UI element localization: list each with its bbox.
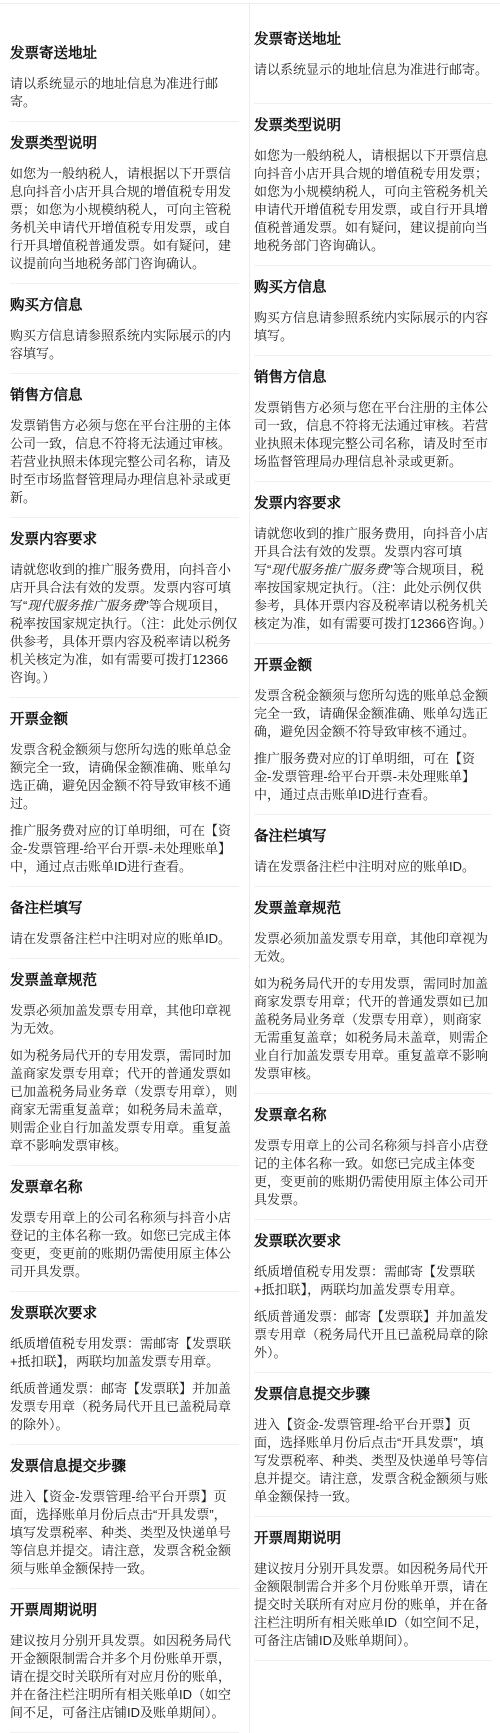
section-paragraph: 请在发票备注栏中注明对应的账单ID。 — [254, 858, 492, 876]
section-mailing-address: 发票寄送地址请以系统显示的地址信息为准进行邮寄。 — [254, 4, 492, 104]
text-run: 纸质普通发票：邮寄【发票联】并加盖发票专用章（税务局代开且已盖税局章的除外）。 — [10, 1381, 231, 1432]
text-run: 发票专用章上的公司名称须与抖音小店登记的主体名称一致。如您已完成主体变更，变更前… — [254, 1138, 488, 1207]
section-heading-remarks-field: 备注栏填写 — [254, 827, 492, 847]
section-heading-submission-steps: 发票信息提交步骤 — [10, 1457, 239, 1477]
section-paragraph: 纸质普通发票：邮寄【发票联】并加盖发票专用章（税务局代开且已盖税局章的除外）。 — [254, 1308, 492, 1362]
section-invoice-type: 发票类型说明如您为一般纳税人，请根据以下开票信息向抖音小店开具合规的增值税专用发… — [10, 122, 239, 284]
section-paragraph: 纸质普通发票：邮寄【发票联】并加盖发票专用章（税务局代开且已盖税局章的除外）。 — [10, 1380, 239, 1434]
section-paragraph: 建议按月分别开具发票。如因税务局代开金额限制需合并多个月份账单开票，请在提交时关… — [10, 1632, 239, 1722]
text-run: 进入【资金-发票管理-给平台开票】页面，选择账单月份后点击“开具发票”，填写发票… — [254, 1417, 488, 1504]
section-stamp-name: 发票章名称发票专用章上的公司名称须与抖音小店登记的主体名称一致。如您已完成主体变… — [10, 1166, 239, 1292]
section-stamp-rules: 发票盖章规范发票必须加盖发票专用章，其他印章视为无效。如为税务局代开的专用发票，… — [254, 887, 492, 1094]
section-heading-seller-info: 销售方信息 — [254, 368, 492, 388]
section-heading-invoice-amount: 开票金额 — [254, 656, 492, 676]
section-seller-info: 销售方信息发票销售方必须与您在平台注册的主体公司一致，信息不符将无法通过审核。若… — [10, 374, 239, 518]
section-paragraph: 发票含税金额须与您所勾选的账单总金额完全一致，请确保金额准确、账单勾选正确，避免… — [10, 741, 239, 813]
text-run: 发票销售方必须与您在平台注册的主体公司一致，信息不符将无法通过审核。若营业执照未… — [254, 400, 488, 469]
section-invoice-amount: 开票金额发票含税金额须与您所勾选的账单总金额完全一致，请确保金额准确、账单勾选正… — [10, 698, 239, 887]
two-column-document: 发票寄送地址请以系统显示的地址信息为准进行邮寄。发票类型说明如您为一般纳税人，请… — [0, 3, 500, 1733]
section-paragraph: 请就您收到的推广服务费用，向抖音小店开具合法有效的发票。发票内容可填写“现代服务… — [254, 525, 492, 633]
section-paragraph: 请就您收到的推广服务费用，向抖音小店开具合法有效的发票。发票内容可填写“现代服务… — [10, 561, 239, 687]
text-run: 推广服务费对应的订单明细，可在【资金-发票管理-给平台开票-未处理账单】中，通过… — [10, 823, 231, 874]
text-run: 如您为一般纳税人，请根据以下开票信息向抖音小店开具合规的增值税专用发票；如您为小… — [254, 148, 488, 253]
text-run: 请在发票备注栏中注明对应的账单ID。 — [254, 859, 475, 874]
section-paragraph: 建议按月分别开具发票。如因税务局代开金额限制需合并多个月份账单开票，请在提交时关… — [254, 1560, 492, 1650]
section-heading-buyer-info: 购买方信息 — [10, 296, 239, 316]
section-remarks-field: 备注栏填写请在发票备注栏中注明对应的账单ID。 — [10, 887, 239, 959]
section-heading-copies-requirement: 发票联次要求 — [254, 1232, 492, 1252]
section-invoice-amount: 开票金额发票含税金额须与您所勾选的账单总金额完全一致，请确保金额准确、账单勾选正… — [254, 644, 492, 815]
text-run: 发票销售方必须与您在平台注册的主体公司一致，信息不符将无法通过审核。若营业执照未… — [10, 418, 231, 505]
section-paragraph: 如为税务局代开的专用发票，需同时加盖商家发票专用章；代开的普通发票如已加盖税务局… — [10, 1047, 239, 1155]
section-paragraph: 请以系统显示的地址信息为准进行邮寄。 — [10, 75, 239, 111]
section-paragraph: 发票专用章上的公司名称须与抖音小店登记的主体名称一致。如您已完成主体变更，变更前… — [254, 1137, 492, 1209]
text-run: 发票含税金额须与您所勾选的账单总金额完全一致，请确保金额准确、账单勾选正确，避免… — [10, 742, 231, 811]
section-heading-billing-cycle: 开票周期说明 — [10, 1601, 239, 1621]
section-paragraph: 纸质增值税专用发票：需邮寄【发票联+抵扣联】，两联均加盖发票专用章。 — [10, 1335, 239, 1371]
left-column: 发票寄送地址请以系统显示的地址信息为准进行邮寄。发票类型说明如您为一般纳税人，请… — [0, 4, 250, 1733]
section-heading-stamp-name: 发票章名称 — [10, 1178, 239, 1198]
section-heading-stamp-rules: 发票盖章规范 — [254, 899, 492, 919]
section-heading-copies-requirement: 发票联次要求 — [10, 1304, 239, 1324]
text-run: 纸质普通发票：邮寄【发票联】并加盖发票专用章（税务局代开且已盖税局章的除外）。 — [254, 1309, 488, 1360]
section-paragraph: 如您为一般纳税人，请根据以下开票信息向抖音小店开具合规的增值税专用发票；如您为小… — [10, 165, 239, 273]
section-copies-requirement: 发票联次要求纸质增值税专用发票：需邮寄【发票联+抵扣联】，两联均加盖发票专用章。… — [254, 1220, 492, 1373]
section-paragraph: 请在发票备注栏中注明对应的账单ID。 — [10, 930, 239, 948]
italic-term: 现代服务推广服务费 — [27, 598, 144, 613]
section-mailing-address: 发票寄送地址请以系统显示的地址信息为准进行邮寄。 — [10, 4, 239, 122]
section-heading-invoice-type: 发票类型说明 — [10, 134, 239, 154]
section-invoice-content: 发票内容要求请就您收到的推广服务费用，向抖音小店开具合法有效的发票。发票内容可填… — [10, 518, 239, 698]
section-heading-invoice-content: 发票内容要求 — [10, 530, 239, 550]
section-paragraph: 发票销售方必须与您在平台注册的主体公司一致，信息不符将无法通过审核。若营业执照未… — [254, 399, 492, 471]
section-seller-info: 销售方信息发票销售方必须与您在平台注册的主体公司一致，信息不符将无法通过审核。若… — [254, 356, 492, 482]
section-paragraph: 进入【资金-发票管理-给平台开票】页面，选择账单月份后点击“开具发票”，填写发票… — [254, 1416, 492, 1506]
section-invoice-type: 发票类型说明如您为一般纳税人，请根据以下开票信息向抖音小店开具合规的增值税专用发… — [254, 104, 492, 266]
section-invoice-content: 发票内容要求请就您收到的推广服务费用，向抖音小店开具合法有效的发票。发票内容可填… — [254, 482, 492, 644]
section-paragraph: 请以系统显示的地址信息为准进行邮寄。 — [254, 61, 492, 79]
text-run: 发票必须加盖发票专用章，其他印章视为无效。 — [10, 1003, 231, 1036]
section-heading-stamp-name: 发票章名称 — [254, 1106, 492, 1126]
section-billing-cycle: 开票周期说明建议按月分别开具发票。如因税务局代开金额限制需合并多个月份账单开票，… — [254, 1517, 492, 1661]
section-heading-mailing-address: 发票寄送地址 — [254, 30, 492, 50]
section-heading-invoice-content: 发票内容要求 — [254, 494, 492, 514]
section-heading-buyer-info: 购买方信息 — [254, 278, 492, 298]
text-run: 如为税务局代开的专用发票，需同时加盖商家发票专用章；代开的普通发票如已加盖税务局… — [254, 976, 488, 1081]
text-run: 推广服务费对应的订单明细，可在【资金-发票管理-给平台开票-未处理账单】中，通过… — [254, 751, 475, 802]
section-paragraph: 发票专用章上的公司名称须与抖音小店登记的主体名称一致。如您已完成主体变更，变更前… — [10, 1209, 239, 1281]
section-heading-submission-steps: 发票信息提交步骤 — [254, 1385, 492, 1405]
text-run: 购买方信息请参照系统内实际展示的内容填写。 — [10, 328, 231, 361]
section-paragraph: 发票必须加盖发票专用章，其他印章视为无效。 — [10, 1002, 239, 1038]
section-buyer-info: 购买方信息购买方信息请参照系统内实际展示的内容填写。 — [10, 284, 239, 374]
section-buyer-info: 购买方信息购买方信息请参照系统内实际展示的内容填写。 — [254, 266, 492, 356]
section-submission-steps: 发票信息提交步骤进入【资金-发票管理-给平台开票】页面，选择账单月份后点击“开具… — [254, 1373, 492, 1517]
text-run: 发票含税金额须与您所勾选的账单总金额完全一致，请确保金额准确、账单勾选正确，避免… — [254, 688, 488, 739]
section-paragraph: 发票销售方必须与您在平台注册的主体公司一致，信息不符将无法通过审核。若营业执照未… — [10, 417, 239, 507]
text-run: 如您为一般纳税人，请根据以下开票信息向抖音小店开具合规的增值税专用发票；如您为小… — [10, 166, 231, 271]
text-run: 纸质增值税专用发票：需邮寄【发票联+抵扣联】，两联均加盖发票专用章。 — [10, 1336, 231, 1369]
section-paragraph: 进入【资金-发票管理-给平台开票】页面，选择账单月份后点击“开具发票”，填写发票… — [10, 1488, 239, 1578]
section-billing-cycle: 开票周期说明建议按月分别开具发票。如因税务局代开金额限制需合并多个月份账单开票，… — [10, 1589, 239, 1733]
text-run: 请以系统显示的地址信息为准进行邮寄。 — [10, 76, 218, 109]
section-heading-stamp-rules: 发票盖章规范 — [10, 971, 239, 991]
text-run: 请以系统显示的地址信息为准进行邮寄。 — [254, 62, 488, 77]
section-heading-mailing-address: 发票寄送地址 — [10, 44, 239, 64]
section-paragraph: 购买方信息请参照系统内实际展示的内容填写。 — [254, 309, 492, 345]
text-run: 发票必须加盖发票专用章，其他印章视为无效。 — [254, 931, 488, 964]
section-heading-seller-info: 销售方信息 — [10, 386, 239, 406]
section-remarks-field: 备注栏填写请在发票备注栏中注明对应的账单ID。 — [254, 815, 492, 887]
section-paragraph: 如您为一般纳税人，请根据以下开票信息向抖音小店开具合规的增值税专用发票；如您为小… — [254, 147, 492, 255]
italic-term: 现代服务推广服务费 — [271, 562, 388, 577]
section-submission-steps: 发票信息提交步骤进入【资金-发票管理-给平台开票】页面，选择账单月份后点击“开具… — [10, 1445, 239, 1589]
section-paragraph: 如为税务局代开的专用发票，需同时加盖商家发票专用章；代开的普通发票如已加盖税务局… — [254, 975, 492, 1083]
section-paragraph: 购买方信息请参照系统内实际展示的内容填写。 — [10, 327, 239, 363]
invoice-guideline-page: 发票寄送地址请以系统显示的地址信息为准进行邮寄。发票类型说明如您为一般纳税人，请… — [0, 0, 500, 1733]
text-run: 建议按月分别开具发票。如因税务局代开金额限制需合并多个月份账单开票，请在提交时关… — [254, 1561, 488, 1648]
section-stamp-name: 发票章名称发票专用章上的公司名称须与抖音小店登记的主体名称一致。如您已完成主体变… — [254, 1094, 492, 1220]
text-run: 进入【资金-发票管理-给平台开票】页面，选择账单月份后点击“开具发票”，填写发票… — [10, 1489, 231, 1576]
section-paragraph: 发票含税金额须与您所勾选的账单总金额完全一致，请确保金额准确、账单勾选正确，避免… — [254, 687, 492, 741]
text-run: 购买方信息请参照系统内实际展示的内容填写。 — [254, 310, 488, 343]
text-run: 建议按月分别开具发票。如因税务局代开金额限制需合并多个月份账单开票，请在提交时关… — [10, 1633, 231, 1720]
text-run: 纸质增值税专用发票：需邮寄【发票联+抵扣联】，两联均加盖发票专用章。 — [254, 1264, 475, 1297]
section-heading-billing-cycle: 开票周期说明 — [254, 1529, 492, 1549]
section-paragraph: 推广服务费对应的订单明细，可在【资金-发票管理-给平台开票-未处理账单】中，通过… — [10, 822, 239, 876]
text-run: 发票专用章上的公司名称须与抖音小店登记的主体名称一致。如您已完成主体变更，变更前… — [10, 1210, 231, 1279]
text-run: 如为税务局代开的专用发票，需同时加盖商家发票专用章；代开的普通发票如已加盖税务局… — [10, 1048, 238, 1153]
section-paragraph: 推广服务费对应的订单明细，可在【资金-发票管理-给平台开票-未处理账单】中，通过… — [254, 750, 492, 804]
section-stamp-rules: 发票盖章规范发票必须加盖发票专用章，其他印章视为无效。如为税务局代开的专用发票，… — [10, 959, 239, 1166]
text-run: 请在发票备注栏中注明对应的账单ID。 — [10, 931, 231, 946]
right-column: 发票寄送地址请以系统显示的地址信息为准进行邮寄。发票类型说明如您为一般纳税人，请… — [250, 4, 500, 1733]
section-heading-invoice-amount: 开票金额 — [10, 710, 239, 730]
section-heading-invoice-type: 发票类型说明 — [254, 116, 492, 136]
section-copies-requirement: 发票联次要求纸质增值税专用发票：需邮寄【发票联+抵扣联】，两联均加盖发票专用章。… — [10, 1292, 239, 1445]
section-heading-remarks-field: 备注栏填写 — [10, 899, 239, 919]
section-paragraph: 纸质增值税专用发票：需邮寄【发票联+抵扣联】，两联均加盖发票专用章。 — [254, 1263, 492, 1299]
section-paragraph: 发票必须加盖发票专用章，其他印章视为无效。 — [254, 930, 492, 966]
